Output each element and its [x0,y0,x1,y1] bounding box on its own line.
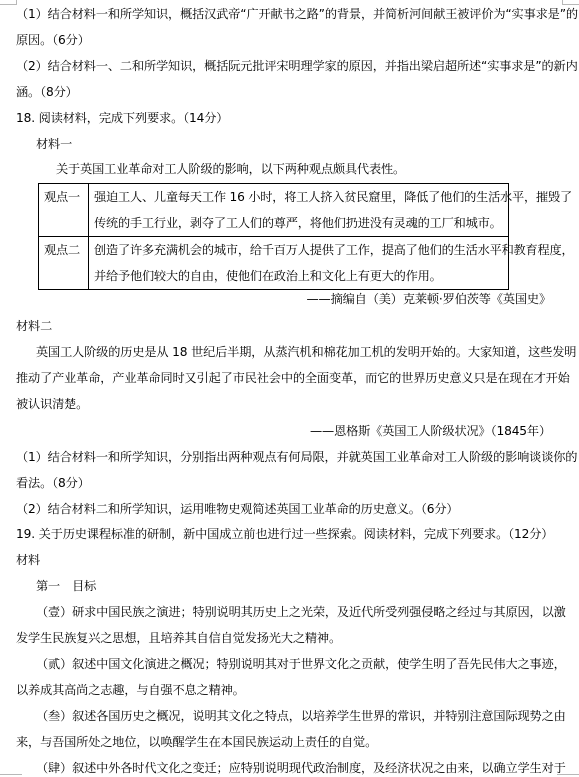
q19-item2-line1: （贰）叙述中国文化演进之概况；特别说明其对于世界文化之贡献，使学生明了吾先民伟大… [36,656,566,672]
table-row: 观点二 创造了许多充满机会的城市，给千百万人提供了工作，提高了他们的生活水平和教… [39,237,509,290]
viewpoint-content: 创造了许多充满机会的城市，给千百万人提供了工作，提高了他们的生活水平和教育程度，… [89,237,509,290]
viewpoint-line: 并给予他们较大的自由，使他们在政治上和文化上有更大的作用。 [94,263,508,289]
q17-sub1-line2: 原因。（6分） [16,32,90,48]
q18-material1-intro: 关于英国工业革命对工人阶级的影响，以下两种观点颇具代表性。 [56,161,405,177]
q19-item3-line2: 来，与吾国所处之地位，以唤醒学生在本国民族运动上责任的自觉。 [16,734,377,750]
viewpoint-line: 创造了许多充满机会的城市，给千百万人提供了工作，提高了他们的生活水平和教育程度， [94,237,508,263]
page-corner-mark-top-right [562,0,579,5]
q19-item2-line2: 以养成其高尚之志趣，与自强不息之精神。 [16,682,245,698]
q17-sub1-line1: （1）结合材料一和所学知识，概括汉武帝“广开献书之路”的背景，并简析河间献王被评… [16,6,578,22]
q18-material2-line1: 英国工人阶级的历史是从 18 世纪后半期，从蒸汽机和棉花加工机的发明开始的。大家… [36,344,576,360]
viewpoint-content: 强迫工人、儿童每天工作 16 小时，将工人挤入贫民窟里，降低了他们的生活水平，摧… [89,184,509,237]
viewpoint-label: 观点一 [39,184,89,237]
q18-material2-label: 材料二 [16,318,52,334]
q19-material-label: 材料 [16,552,40,568]
q18-sub1-line2: 看法。（8分） [16,475,90,491]
viewpoint-label: 观点二 [39,237,89,290]
q19-item1-line1: （壹）研求中国民族之演进；特别说明其历史上之光荣，及近代所受列强侵略之经过与其原… [36,604,566,620]
q17-sub2-line1: （2）结合材料一、二和所学知识，概括阮元批评宋明理学家的原因，并指出梁启超所述“… [16,58,578,74]
q18-sub1-line1: （1）结合材料一和所学知识，分别指出两种观点有何局限，并就英国工业革命对工人阶级… [16,449,577,465]
table-row: 观点一 强迫工人、儿童每天工作 16 小时，将工人挤入贫民窟里，降低了他们的生活… [39,184,509,237]
q18-sub2-line1: （2）结合材料二和所学知识，运用唯物史观简述英国工业革命的历史意义。（6分） [16,501,458,517]
viewpoints-table: 观点一 强迫工人、儿童每天工作 16 小时，将工人挤入贫民窟里，降低了他们的生活… [38,183,509,290]
q18-material2-source: ——恩格斯《英国工人阶级状况》（1845年） [310,423,551,439]
q17-sub2-line2: 涵。（8分） [16,84,78,100]
q18-title: 18. 阅读材料，完成下列要求。（14分） [16,110,228,126]
q19-item3-line1: （叁）叙述各国历史之概况，说明其文化之特点，以培养学生世界的常识，并特别注意国际… [36,708,566,724]
q18-material1-source: ——摘编自（美）克莱顿·罗伯茨等《英国史》 [307,291,551,307]
q18-material2-line3: 被认识清楚。 [16,396,88,412]
viewpoint-line: 传统的手工行业，剥夺了工人们的尊严，将他们扔进没有灵魂的工厂和城市。 [94,210,508,236]
page-corner-mark-top-left [0,0,17,5]
q19-heading: 第一 目标 [36,578,96,594]
q19-item1-line2: 发学生民族复兴之思想，且培养其自信自觉发扬光大之精神。 [16,630,341,646]
page-corner-mark-bottom-left [0,774,22,775]
viewpoint-line: 强迫工人、儿童每天工作 16 小时，将工人挤入贫民窟里，降低了他们的生活水平，摧… [94,184,508,210]
q19-title: 19. 关于历史课程标准的研制，新中国成立前也进行过一些探索。阅读材料，完成下列… [16,526,553,542]
q18-material2-line2: 推动了产业革命，产业革命同时又引起了市民社会中的全面变革，而它的世界历史意义只是… [16,370,570,386]
q18-material1-label: 材料一 [36,136,72,152]
q19-item4-line1: （肆）叙述中外各时代文化之变迁；应特别说明现代政治制度，及经济状况之由来，以确立… [36,760,566,776]
